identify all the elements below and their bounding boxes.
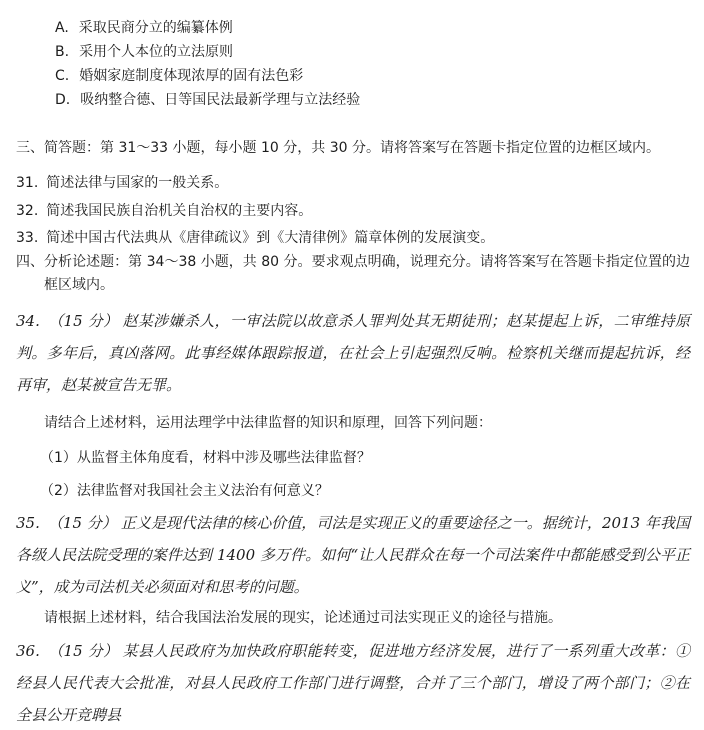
section4-header: 四、分析论述题：第 34～38 小题，共 80 分。要求观点明确，说理充分。请将…	[16, 251, 690, 297]
option-d-text: 吸纳整合德、日等国民法最新学理与立法经验	[80, 92, 360, 108]
question-31: 31.简述法律与国家的一般关系。	[16, 172, 690, 194]
question-34-sub1-label: （1）	[40, 450, 77, 466]
option-c-label: C.	[55, 68, 69, 84]
question-35-prompt: 请根据上述材料，结合我国法治发展的现实，论述通过司法实现正义的途径与措施。	[16, 607, 690, 629]
question-31-number: 31.	[16, 175, 38, 191]
question-35-score: （15 分）	[48, 514, 117, 532]
question-34-sub2-label: （2）	[40, 483, 77, 499]
question-34-sub2-text: 法律监督对我国社会主义法治有何意义？	[77, 483, 329, 499]
question-32-number: 32.	[16, 203, 38, 219]
option-a-label: A.	[55, 20, 69, 36]
mcq-option-c: C.婚姻家庭制度体现浓厚的固有法色彩	[55, 64, 690, 88]
option-a-text: 采取民商分立的编纂体例	[79, 20, 233, 36]
question-34-prompt: 请结合上述材料，运用法理学中法律监督的知识和原理，回答下列问题：	[16, 412, 690, 434]
mcq-option-list: A.采取民商分立的编纂体例 B.采用个人本位的立法原则 C.婚姻家庭制度体现浓厚…	[16, 16, 690, 112]
mcq-option-a: A.采取民商分立的编纂体例	[55, 16, 690, 40]
option-c-text: 婚姻家庭制度体现浓厚的固有法色彩	[79, 68, 303, 84]
question-34-score: （15 分）	[48, 312, 119, 330]
question-31-text: 简述法律与国家的一般关系。	[46, 175, 228, 191]
question-33-text: 简述中国古代法典从《唐律疏议》到《大清律例》篇章体例的发展演变。	[46, 230, 494, 246]
question-36-score: （15 分）	[48, 642, 119, 660]
question-35-material-text: 正义是现代法律的核心价值，司法是实现正义的重要途径之一。据统计，2013 年我国…	[16, 514, 690, 596]
question-35-number: 35.	[16, 514, 40, 532]
question-35-material: 35.（15 分）正义是现代法律的核心价值，司法是实现正义的重要途径之一。据统计…	[16, 507, 690, 603]
question-34-sub1: （1）从监督主体角度看，材料中涉及哪些法律监督？	[16, 447, 690, 469]
question-32-text: 简述我国民族自治机关自治权的主要内容。	[46, 203, 312, 219]
option-d-label: D.	[55, 92, 70, 108]
question-34-material: 34.（15 分）赵某涉嫌杀人，一审法院以故意杀人罪判处其无期徒刑；赵某提起上诉…	[16, 305, 690, 401]
section3-header: 三、简答题：第 31～33 小题，每小题 10 分，共 30 分。请将答案写在答…	[16, 137, 690, 159]
question-33-number: 33.	[16, 230, 38, 246]
mcq-option-b: B.采用个人本位的立法原则	[55, 40, 690, 64]
question-34-sub1-text: 从监督主体角度看，材料中涉及哪些法律监督？	[77, 450, 371, 466]
mcq-option-d: D.吸纳整合德、日等国民法最新学理与立法经验	[55, 88, 690, 112]
option-b-label: B.	[55, 44, 69, 60]
question-33: 33.简述中国古代法典从《唐律疏议》到《大清律例》篇章体例的发展演变。	[16, 227, 690, 249]
question-36-number: 36.	[16, 642, 40, 660]
question-36-material: 36.（15 分）某县人民政府为加快政府职能转变，促进地方经济发展，进行了一系列…	[16, 635, 690, 730]
question-34-sub2: （2）法律监督对我国社会主义法治有何意义？	[16, 480, 690, 502]
option-b-text: 采用个人本位的立法原则	[79, 44, 233, 60]
exam-paper-page: A.采取民商分立的编纂体例 B.采用个人本位的立法原则 C.婚姻家庭制度体现浓厚…	[0, 16, 704, 730]
question-32: 32.简述我国民族自治机关自治权的主要内容。	[16, 200, 690, 222]
question-34-number: 34.	[16, 312, 40, 330]
